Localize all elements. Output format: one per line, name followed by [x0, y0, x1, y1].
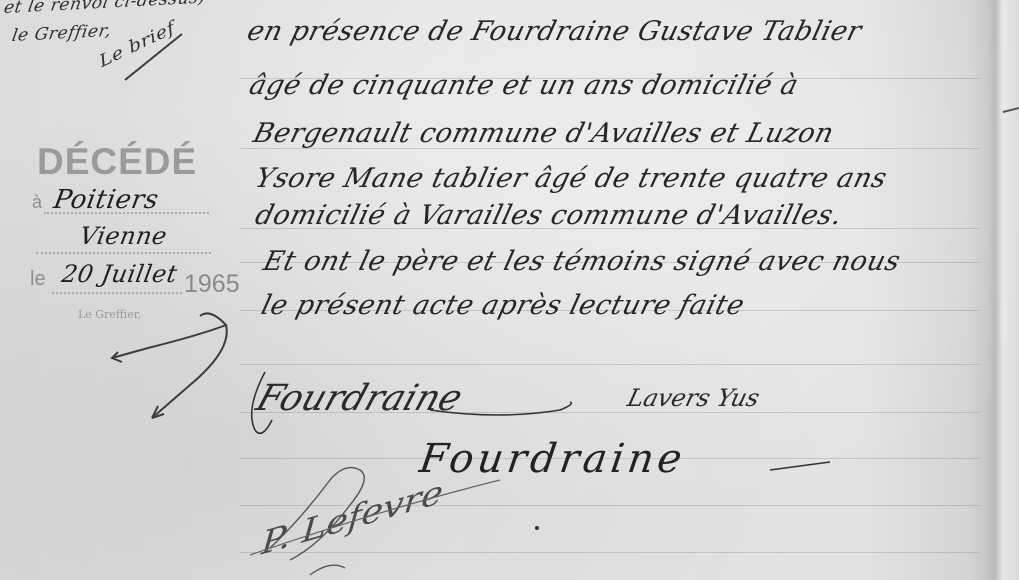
signature-flourish — [270, 468, 364, 560]
signature-flourish — [252, 372, 272, 433]
pen-strokes — [0, 0, 1019, 580]
margin-mark — [1003, 108, 1019, 112]
scanned-register-page: et le renvoi ci-dessus) le Greffier, Le … — [0, 0, 1019, 580]
initials-underline — [125, 34, 182, 80]
signature-flourish — [310, 565, 345, 575]
margin-arrow-icon — [112, 313, 227, 418]
signature-flourish — [250, 480, 500, 555]
signature-flourish — [770, 462, 830, 470]
ink-dot — [535, 526, 539, 530]
signature-flourish — [430, 402, 571, 415]
